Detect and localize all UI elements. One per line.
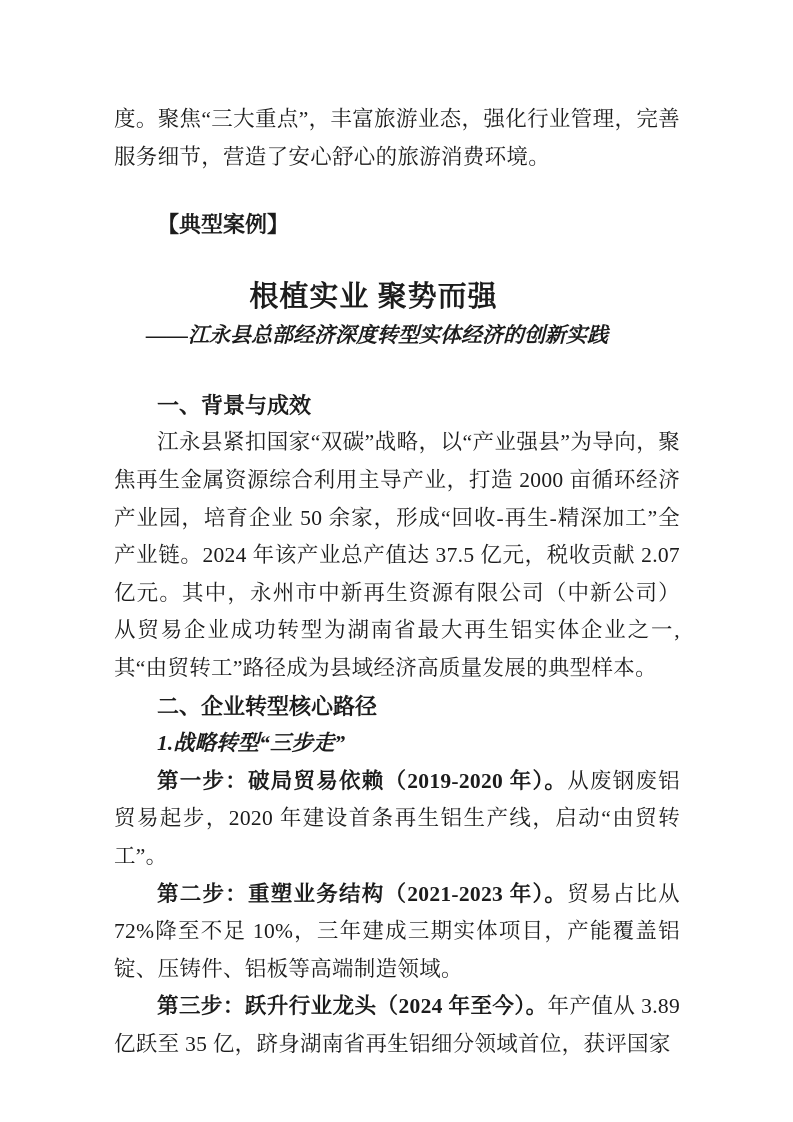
text-column: 度。聚焦“三大重点”，丰富旅游业态，强化行业管理，完善服务细节，营造了安心舒心的…: [114, 101, 680, 1063]
case-title: 根植实业 聚势而强: [114, 277, 680, 317]
case-subtitle: ——江永县总部经济深度转型实体经济的创新实践: [114, 317, 680, 353]
section-label: 【典型案例】: [114, 206, 680, 244]
heading-background: 一、背景与成效: [114, 387, 680, 425]
heading-path: 二、企业转型核心路径: [114, 688, 680, 726]
page-number: 9: [0, 1038, 793, 1054]
paragraph-background: 江永县紧扣国家“双碳”战略，以“产业强县”为导向，聚焦再生金属资源综合利用主导产…: [114, 424, 680, 687]
step-paragraph-1: 第一步：破局贸易依赖（2019-2020 年）。从废钢废铝贸易起步，2020 年…: [114, 763, 680, 876]
step-paragraph-2: 第二步：重塑业务结构（2021-2023 年）。贸易占比从 72%降至不足 10…: [114, 876, 680, 989]
step-2-lead: 第二步：重塑业务结构（2021-2023 年）。: [157, 882, 567, 906]
intro-paragraph: 度。聚焦“三大重点”，丰富旅游业态，强化行业管理，完善服务细节，营造了安心舒心的…: [114, 101, 680, 176]
document-page: 度。聚焦“三大重点”，丰富旅游业态，强化行业管理，完善服务细节，营造了安心舒心的…: [0, 0, 793, 1122]
step-1-lead: 第一步：破局贸易依赖（2019-2020 年）。: [157, 769, 567, 793]
heading-strategy: 1.战略转型“三步走”: [114, 725, 680, 763]
step-3-lead: 第三步：跃升行业龙头（2024 年至今）。: [157, 994, 548, 1018]
